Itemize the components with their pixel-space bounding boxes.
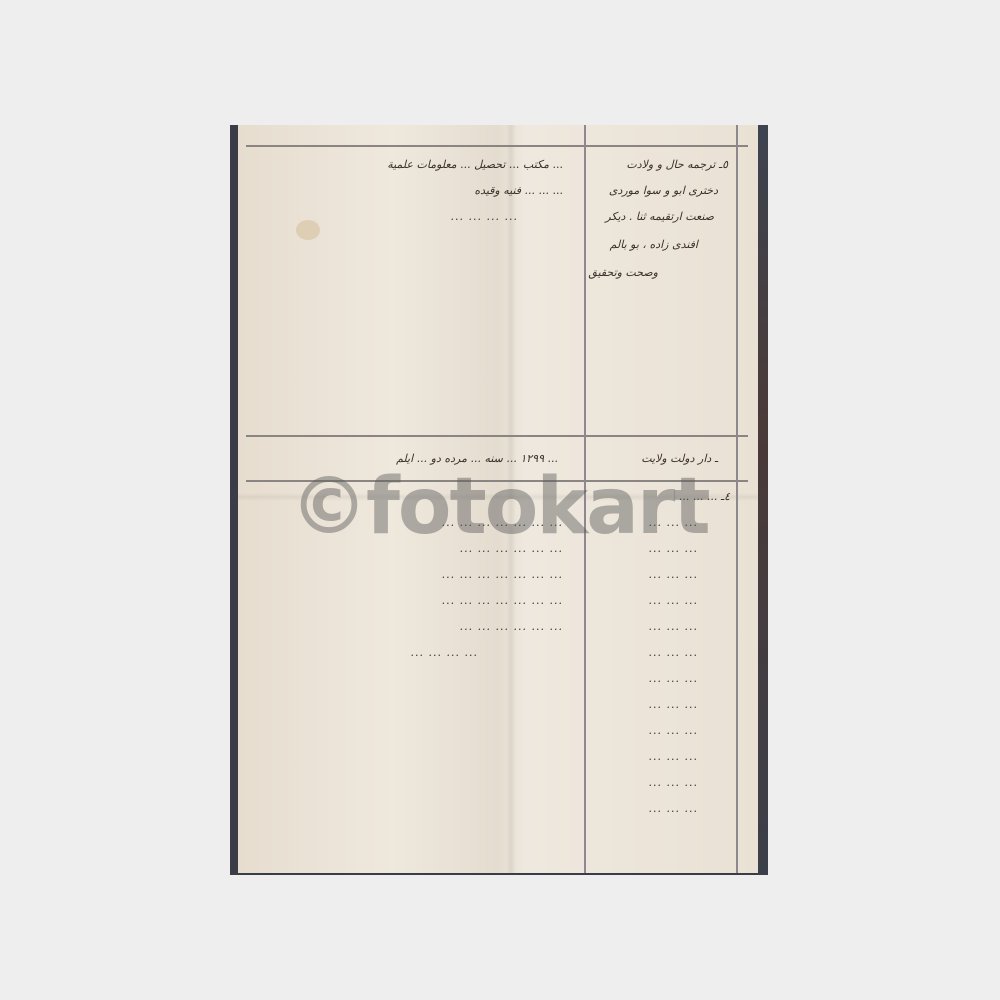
handwritten-line: ... ... ... ... [411, 647, 478, 658]
handwritten-line: دخترى ابو و سوا موردى [609, 185, 718, 196]
handwritten-line: ... ... ... [649, 751, 698, 762]
handwritten-line: ... ... ... [649, 621, 698, 632]
handwritten-line: ... مكتب ... تحصيل ... معلومات علمية [387, 159, 563, 170]
handwritten-line: ... ... ... فنيه وقيده [474, 185, 563, 196]
handwritten-line: ... ... ... ... [451, 211, 518, 222]
handwritten-line: وصحت وتحقيق [588, 267, 658, 278]
photo-edge-shadow [758, 125, 768, 875]
handwritten-line: ... ... ... [649, 647, 698, 658]
handwritten-line: افندى زاده ، بو بالم [610, 239, 698, 250]
handwritten-line: ... ... ... [649, 725, 698, 736]
handwritten-line: ... ... ... [649, 673, 698, 684]
paper-stain [296, 220, 320, 240]
handwritten-line: ... ... ... ... ... ... [460, 621, 563, 632]
rule-line-middle-1 [246, 435, 748, 437]
handwritten-line: ... ... ... [649, 803, 698, 814]
handwritten-line: ... ... ... [649, 569, 698, 580]
handwritten-line: ... ... ... [649, 595, 698, 606]
watermark: ©fotokart [290, 462, 709, 552]
handwritten-line: ... ... ... [649, 777, 698, 788]
handwritten-line: ... ... ... ... ... ... ... [442, 595, 563, 606]
right-margin-line [736, 125, 738, 873]
handwritten-line: صنعت ارتقيمه ثنا . ديكر [605, 211, 714, 222]
handwritten-line: ... ... ... ... ... ... ... [442, 569, 563, 580]
handwritten-line: ... ... ... [649, 699, 698, 710]
handwritten-line: ٥ـ ترجمه حال و ولادت [626, 159, 728, 170]
rule-line-top [246, 145, 748, 147]
